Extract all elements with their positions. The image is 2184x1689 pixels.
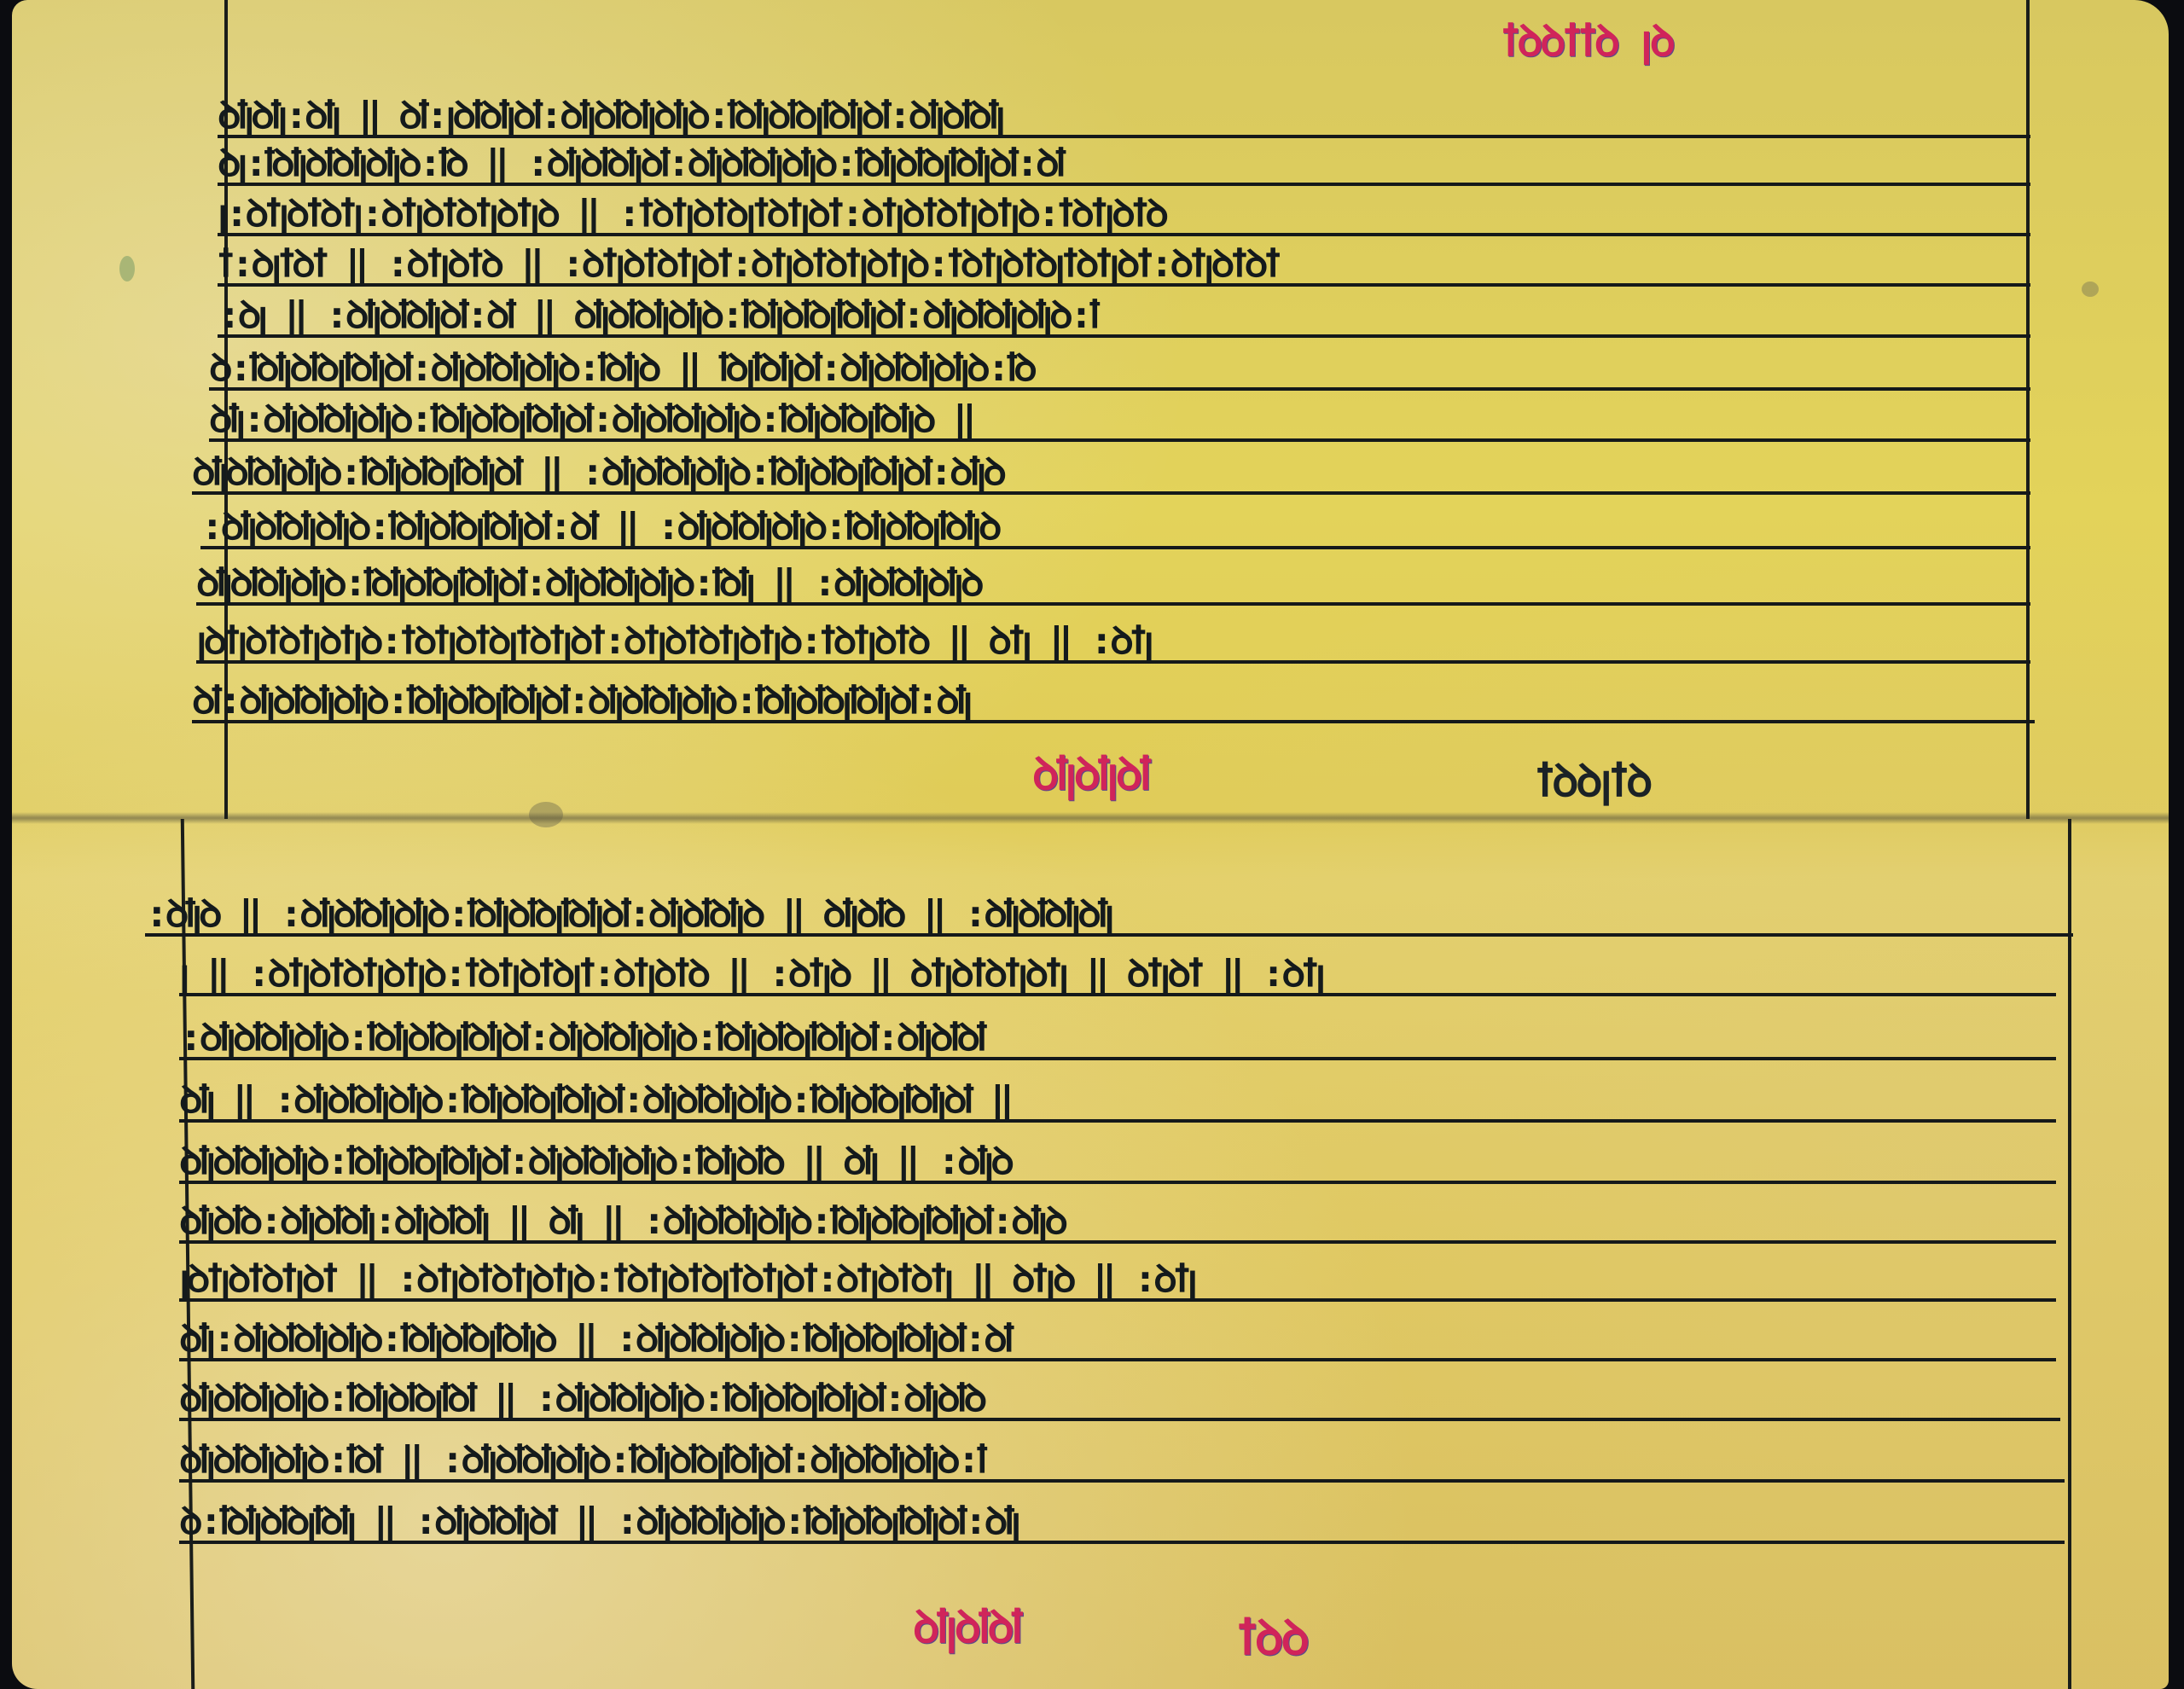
text-line: ꝺ꞉ꝉꝺꝉꞁꝺꝉꝺꞁꝉꝺꝉꞁ ‖ ꞉ꝺꝉꞁꝺꝉꝺꝉꞁꝺꝉ ‖ ꞉ꝺꝉꞁꝺꝉꝺꝉꞁ…: [179, 1495, 2065, 1547]
text-line: ꝺꝉꞁꝺꝉꝺꝉꞁꝺꝉꞁꝺ꞉ꝉꝺꝉꞁꝺꝉꝺꞁꝉꝺꝉꞁꝺꝉ꞉ꝺꝉꞁꝺꝉꝺꝉꞁꝺꝉꞁꝺ…: [179, 1135, 2056, 1187]
paper-stain: [119, 256, 135, 281]
lower-text-block: ꞉ꝺꝉꞁꝺ ‖ ꞉ꝺꝉꞁꝺꝉꝺꝉꞁꝺꝉꞁꝺ꞉ꝉꝺꝉꞁꝺꝉꝺꞁꝉꝺꝉꞁꝺꝉ꞉ꝺꝉꞁ…: [179, 0, 2073, 1689]
text-line: ꞉ꝺꝉꞁꝺ ‖ ꞉ꝺꝉꞁꝺꝉꝺꝉꞁꝺꝉꞁꝺ꞉ꝉꝺꝉꞁꝺꝉꝺꞁꝉꝺꝉꞁꝺꝉ꞉ꝺꝉꞁ…: [145, 887, 2073, 940]
text-line: ꝺꝉꞁꝺꝉꝺꝉꞁꝺꝉꞁꝺ꞉ꝉꝺꝉ ‖ ꞉ꝺꝉꞁꝺꝉꝺꝉꞁꝺꝉꞁꝺ꞉ꝉꝺꝉꞁꝺꝉꝺ…: [179, 1433, 2065, 1486]
text-line: ꝺꝉꞁꝺꝉꝺ꞉ꝺꝉꞁꝺꝉꝺꝉꞁ꞉ꝺꝉꞁꝺꝉꝺꝉꞁ ‖ ꝺꝉꞁ ‖ ꞉ꝺꝉꞁꝺꝉꝺ…: [179, 1194, 2056, 1247]
text-line: ꝺꝉꞁꝺꝉꝺꝉꞁꝺꝉꞁꝺ꞉ꝉꝺꝉꞁꝺꝉꝺꞁꝉꝺꝉ ‖ ꞉ꝺꝉꞁꝺꝉꝺꝉꞁꝺꝉꞁꝺ…: [179, 1372, 2060, 1425]
text-line: ꞁ ‖ ꞉ꝺꝉꞁꝺꝉꝺꝉꞁꝺꝉꞁꝺ꞉ꝉꝺꝉꞁꝺꝉꝺꞁꝉ꞉ꝺꝉꞁꝺꝉꝺ ‖ ꞉ꝺꝉ…: [179, 947, 2056, 1000]
text-line: ꞁꝺꝉꞁꝺꝉꝺꝉꞁꝺꝉ ‖ ꞉ꝺꝉꞁꝺꝉꝺꝉꞁꝺꝉꞁꝺ꞉ꝉꝺꝉꞁꝺꝉꝺꞁꝉꝺꝉꞁ…: [179, 1252, 2056, 1305]
paper-stain: [2082, 281, 2099, 297]
text-line: ꞉ꝺꝉꞁꝺꝉꝺꝉꞁꝺꝉꞁꝺ꞉ꝉꝺꝉꞁꝺꝉꝺꞁꝉꝺꝉꞁꝺꝉ꞉ꝺꝉꞁꝺꝉꝺꝉꞁꝺꝉꞁ…: [179, 1011, 2056, 1064]
text-line: ꝺꝉꞁ ‖ ꞉ꝺꝉꞁꝺꝉꝺꝉꞁꝺꝉꞁꝺ꞉ꝉꝺꝉꞁꝺꝉꝺꞁꝉꝺꝉꞁꝺꝉ꞉ꝺꝉꞁꝺꝉ…: [179, 1073, 2056, 1126]
text-line: ꝺꝉꞁ꞉ꝺꝉꞁꝺꝉꝺꝉꞁꝺꝉꞁꝺ꞉ꝉꝺꝉꞁꝺꝉꝺꞁꝉꝺꝉꞁꝺ ‖ ꞉ꝺꝉꞁꝺꝉꝺ…: [179, 1312, 2056, 1365]
